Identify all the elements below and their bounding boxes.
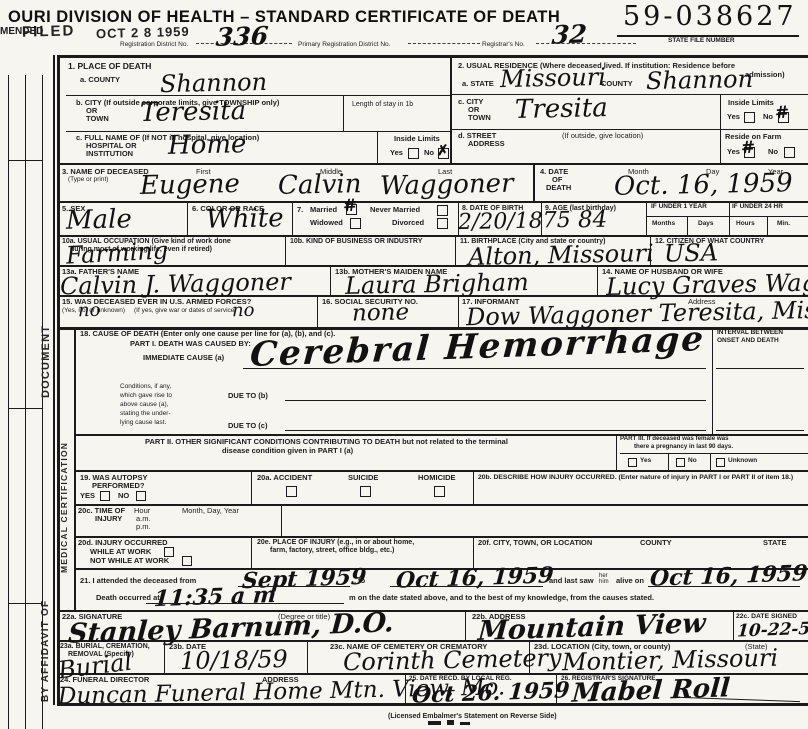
residence-town-label: TOWN xyxy=(468,114,491,122)
grid-line xyxy=(465,610,466,640)
grid-line xyxy=(455,235,456,265)
grid-line xyxy=(330,265,331,295)
death-time-value: 11:35 a m xyxy=(153,584,277,610)
grid-line xyxy=(251,536,252,568)
grid-line xyxy=(687,216,688,235)
fill-line xyxy=(716,430,804,431)
fill-line xyxy=(390,586,543,587)
fill-line xyxy=(146,603,344,604)
fill-line xyxy=(285,400,706,401)
grid-line xyxy=(450,55,452,165)
primary-district-label: Primary Registration District No. xyxy=(298,42,390,49)
him-label: him xyxy=(599,579,609,585)
margin-line xyxy=(8,408,42,409)
county-value: Shannon xyxy=(160,70,268,96)
injury-state-label: STATE xyxy=(763,539,786,547)
father-name-value: Calvin J. Waggoner xyxy=(60,270,291,299)
cemetery-location-value: Montier, Missouri xyxy=(562,646,779,675)
hospital-label3: INSTITUTION xyxy=(86,150,133,158)
attended-statement-pre: 21. I attended the deceased from xyxy=(80,577,196,585)
pregnancy-yes-checkbox xyxy=(628,458,637,467)
occupation-value: Farming xyxy=(65,238,168,267)
grid-line xyxy=(710,453,711,470)
death-occurred-tail: m on the date stated above, and to the b… xyxy=(349,594,654,602)
divorced-checkbox xyxy=(437,218,448,229)
pregnancy-no-checkbox xyxy=(676,458,685,467)
autopsy-yes-checkbox xyxy=(100,491,110,501)
margin-by-affidavit-label: BY AFFIDAVIT OF xyxy=(40,572,51,702)
grid-line xyxy=(767,216,768,235)
widowed-label: Widowed xyxy=(310,219,343,227)
stamp-artifact xyxy=(447,720,454,725)
pregnancy-no-label: No xyxy=(688,458,697,465)
no-label-1c: No xyxy=(424,149,434,157)
grid-line xyxy=(307,640,308,673)
grid-line xyxy=(292,201,293,235)
months-header: Months xyxy=(652,221,675,228)
married-checkbox-mark: # xyxy=(342,198,357,216)
part2-line1: PART II. OTHER SIGNIFICANT CONDITIONS CO… xyxy=(145,438,508,446)
residence-city-value: Tresita xyxy=(515,95,608,123)
married-label: Married xyxy=(310,206,337,214)
burial-date-value: 10/18/59 xyxy=(180,647,288,673)
grid-line xyxy=(57,235,808,237)
accident-label: 20a. ACCIDENT xyxy=(257,474,312,482)
grid-line xyxy=(317,295,318,327)
county-label: a. COUNTY xyxy=(80,76,120,84)
registrar-signature-value: Mabel Roll xyxy=(571,675,731,707)
interval-label-1: INTERVAL BETWEEN xyxy=(717,330,783,337)
residence-county-label: COUNTY xyxy=(601,80,633,88)
death-occurred-label: Death occurred at xyxy=(96,594,160,602)
attended-to-label: , to xyxy=(354,577,365,585)
embalmer-note: (Licensed Embalmer's Statement on Revers… xyxy=(388,713,557,720)
part2-line2: disease condition given in PART I (a) xyxy=(222,447,353,455)
date-of-death-value: Oct. 16, 1959 xyxy=(614,170,793,200)
no-checkbox-mark-2c: # xyxy=(774,105,789,123)
grid-line xyxy=(251,470,252,504)
farm-no-checkbox xyxy=(784,147,795,158)
farm-no-label: No xyxy=(768,148,778,156)
not-while-at-work-label: NOT WHILE AT WORK xyxy=(90,557,169,565)
grid-line xyxy=(74,327,76,610)
suicide-checkbox xyxy=(360,486,371,497)
date-of-birth-value: 2/20/1875 xyxy=(458,210,571,234)
signature-address-value: Mountain View xyxy=(477,610,706,645)
min-header: Min. xyxy=(777,221,790,228)
state-value: Missouri xyxy=(500,65,606,91)
inside-limits-label-1c: Inside Limits xyxy=(394,135,440,143)
hours-header: Hours xyxy=(736,221,755,228)
burial-label-1: 23a. BURIAL, CREMATION, xyxy=(60,643,150,650)
grid-line xyxy=(620,453,808,454)
part3-line2: there a pregnancy in last 90 days. xyxy=(634,444,733,451)
registration-district-label: Registration District No. xyxy=(120,42,188,49)
grid-line xyxy=(712,327,713,434)
place-of-death-title: 1. PLACE OF DEATH xyxy=(68,62,151,71)
grid-line xyxy=(450,129,808,130)
place-of-injury-label-2: farm, factory, street, office bldg., etc… xyxy=(270,547,394,554)
grid-line xyxy=(164,640,165,673)
death-certificate-sheet: OURI DIVISION OF HEALTH – STANDARD CERTI… xyxy=(0,0,808,729)
suicide-label: SUICIDE xyxy=(348,474,378,482)
grid-line xyxy=(533,163,535,201)
age-value: 84 xyxy=(578,209,608,233)
type-or-print-label: (Type or print) xyxy=(68,177,108,184)
grid-line xyxy=(450,94,808,95)
grid-line xyxy=(646,201,647,235)
margin-line xyxy=(25,75,26,729)
part1-label: PART I. DEATH WAS CAUSED BY: xyxy=(130,340,251,348)
interval-label-2: ONSET AND DEATH xyxy=(717,338,779,345)
pregnancy-yes-label: Yes xyxy=(640,458,651,465)
grid-line xyxy=(668,453,669,470)
name-of-deceased-title: 3. NAME OF DECEASED xyxy=(62,168,149,176)
due-to-b-label: DUE TO (b) xyxy=(228,392,268,400)
margin-line xyxy=(8,603,42,604)
month-day-year-label: Month, Day, Year xyxy=(182,507,239,515)
amended-fragment: MENDED xyxy=(0,27,43,38)
last-name-value: Waggoner xyxy=(380,171,514,200)
length-of-stay-label: Length of stay in 1b xyxy=(352,101,413,108)
form-border xyxy=(53,55,55,705)
registrar-no-value: 32 xyxy=(551,21,588,47)
margin-document-label: DOCUMENT xyxy=(40,298,52,398)
city-town-label: TOWN xyxy=(86,115,109,123)
armed-forces-value1: no xyxy=(78,302,101,320)
filed-stamp-date: OCT 2 8 1959 xyxy=(96,24,190,41)
street-address-label2: ADDRESS xyxy=(468,140,505,148)
autopsy-no-label: NO xyxy=(118,492,129,500)
grid-line xyxy=(66,95,450,96)
armed-forces-sub2: (If yes, give war or dates of service) xyxy=(134,308,237,315)
immediate-cause-label: IMMEDIATE CAUSE (a) xyxy=(143,354,224,362)
first-name-value: Eugene xyxy=(140,171,240,199)
grid-line xyxy=(458,295,459,327)
grid-line xyxy=(343,95,344,131)
conditions-note-1: Conditions, if any, xyxy=(120,384,171,391)
birthplace-value: Alton, Missouri xyxy=(468,241,654,269)
due-to-c-label: DUE TO (c) xyxy=(228,422,267,430)
grid-line xyxy=(57,163,808,165)
state-file-number: 59-038627 xyxy=(623,1,797,32)
fill-line xyxy=(716,368,804,369)
yes-label-2c: Yes xyxy=(727,113,740,121)
conditions-note-5: lying cause last. xyxy=(120,420,166,427)
ssn-value: none xyxy=(352,301,410,325)
grid-line xyxy=(187,201,188,235)
place-of-injury-label-1: 20e. PLACE OF INJURY (e.g., in or about … xyxy=(257,539,414,546)
if-under-1-year-label: IF UNDER 1 YEAR xyxy=(651,204,707,211)
form-border xyxy=(57,55,808,58)
describe-injury-label: 20b. DESCRIBE HOW INJURY OCCURRED. (Ente… xyxy=(478,474,793,481)
husband-or-wife-value: Lucy Graves Waggoner xyxy=(606,269,808,299)
grid-line xyxy=(74,470,808,472)
middle-name-value: Calvin xyxy=(278,171,362,199)
grid-line xyxy=(646,216,808,217)
injury-occurred-label: 20d. INJURY OCCURRED xyxy=(78,539,168,547)
autopsy-no-checkbox xyxy=(136,491,146,501)
while-at-work-label: WHILE AT WORK xyxy=(90,548,151,556)
fill-line xyxy=(648,586,800,587)
no-label-2c: No xyxy=(763,113,773,121)
widowed-checkbox xyxy=(350,218,361,229)
farm-yes-label: Yes xyxy=(727,148,740,156)
residence-county-value: Shannon xyxy=(646,67,754,93)
divorced-label: Divorced xyxy=(392,219,424,227)
injury-county-label: COUNTY xyxy=(640,539,672,547)
last-saw-label: and last saw xyxy=(549,577,594,585)
margin-line xyxy=(8,75,9,729)
state-label: a. STATE xyxy=(462,80,494,88)
conditions-note-2: which gave rise to xyxy=(120,393,172,400)
registration-district-value: 336 xyxy=(215,23,269,50)
never-married-label: Never Married xyxy=(370,206,420,214)
state-file-number-label: STATE FILE NUMBER xyxy=(668,38,735,45)
hospital-value: Home xyxy=(168,131,247,159)
fill-line xyxy=(285,430,706,431)
grid-line xyxy=(473,470,474,504)
never-married-checkbox xyxy=(437,205,448,216)
autopsy-yes-label: YES xyxy=(80,492,95,500)
fill-line xyxy=(408,43,480,44)
attended-to-value: Oct 16, 1959 xyxy=(395,564,554,592)
part3-line1: PART III. If deceased was female was xyxy=(620,436,729,443)
pregnancy-unknown-checkbox xyxy=(716,458,725,467)
margin-medical-certification-label: MEDICAL CERTIFICATION xyxy=(59,388,69,573)
homicide-checkbox xyxy=(434,486,445,497)
grid-line xyxy=(733,610,734,640)
pregnancy-unknown-label: Unknown xyxy=(728,458,757,465)
grid-line xyxy=(729,201,730,235)
color-or-race-value: White xyxy=(206,205,284,233)
grid-line xyxy=(616,434,617,470)
sex-value: Male xyxy=(66,206,132,233)
cemetery-value: Corinth Cemetery xyxy=(343,646,562,675)
conditions-note-3: above cause (a), xyxy=(120,402,168,409)
not-while-at-work-checkbox xyxy=(182,556,192,566)
conditions-note-4: stating the under- xyxy=(120,411,171,418)
days-header: Days xyxy=(698,221,714,228)
date-of-death-label3: DEATH xyxy=(546,184,571,192)
injury-city-label: 20f. CITY, TOWN, OR LOCATION xyxy=(478,539,592,547)
grid-line xyxy=(74,536,808,538)
homicide-label: HOMICIDE xyxy=(418,474,456,482)
stamp-artifact xyxy=(460,722,470,725)
grid-line xyxy=(285,235,286,265)
grid-line xyxy=(473,536,474,568)
time-of-injury-label-2: INJURY xyxy=(95,515,122,523)
farm-yes-checkbox-mark: # xyxy=(740,140,755,158)
pm-label: p.m. xyxy=(136,523,151,531)
stamp-artifact xyxy=(428,721,441,725)
yes-label-1c: Yes xyxy=(390,149,403,157)
date-signed-value: 10-22-59 xyxy=(736,620,808,640)
grid-line xyxy=(597,265,598,295)
date-received-value: Oct 26. 1959 xyxy=(411,679,570,707)
registrar-no-label: Registrar's No. xyxy=(482,42,525,49)
accident-checkbox xyxy=(286,486,297,497)
marital-number: 7. xyxy=(297,206,303,214)
armed-forces-value2: no xyxy=(232,302,255,320)
citizen-value: USA xyxy=(664,240,718,265)
form-border xyxy=(57,55,60,705)
yes-checkbox-2c xyxy=(744,112,755,123)
margin-line xyxy=(8,160,42,161)
form-title: OURI DIVISION OF HEALTH – STANDARD CERTI… xyxy=(8,7,560,27)
autopsy-label-2: PERFORMED? xyxy=(92,482,145,490)
city-value: Teresita xyxy=(140,98,247,126)
no-checkbox-mark-1c: ✗ xyxy=(437,144,450,159)
yes-checkbox-1c xyxy=(408,148,419,159)
if-under-24-hr-label: IF UNDER 24 HR xyxy=(732,204,783,211)
grid-line xyxy=(281,504,282,536)
street-address-hint: (If outside, give location) xyxy=(562,132,643,140)
alive-on-label: alive on xyxy=(616,577,644,585)
inside-limits-label-2c: Inside Limits xyxy=(728,99,774,107)
grid-line xyxy=(377,131,378,163)
grid-line xyxy=(66,131,450,132)
fill-line xyxy=(243,368,706,369)
industry-label: 10b. KIND OF BUSINESS OR INDUSTRY xyxy=(290,238,422,245)
mother-maiden-name-value: Laura Brigham xyxy=(345,270,529,298)
